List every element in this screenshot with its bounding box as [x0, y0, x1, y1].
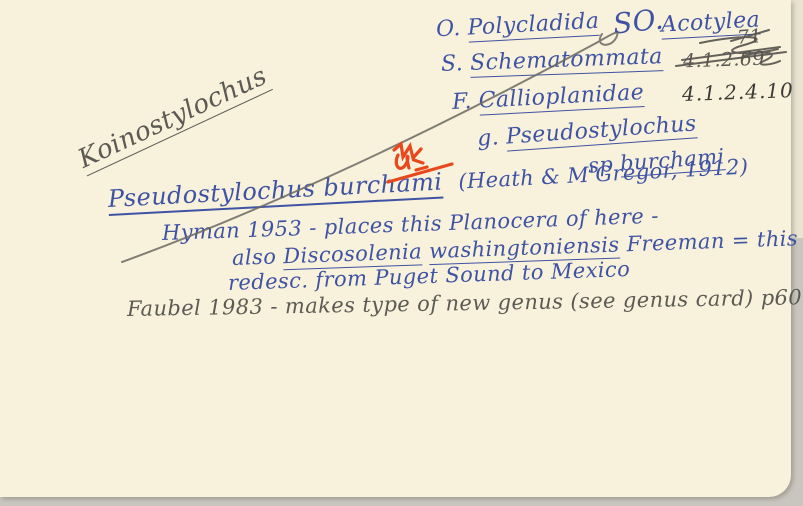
family-line: F.Callioplanidae	[451, 80, 644, 115]
heading-authority: (Heath & M'Gregor, 1912)	[458, 154, 749, 193]
genus-line: g.Pseudostylochus	[476, 111, 697, 151]
family-name: Callioplanidae	[478, 80, 645, 116]
genus-name: Pseudostylochus	[505, 111, 697, 151]
suborder-marker: SO.	[611, 2, 665, 40]
note-line2-post: Freeman = this	[626, 226, 798, 256]
order-line: O.Polycladida	[435, 9, 599, 43]
family-prefix: F.	[451, 89, 472, 115]
order-name: Polycladida	[467, 9, 600, 43]
family-number: 4.1.2.4.10	[682, 78, 795, 106]
crossed-number: 4.1.2.69	[683, 48, 765, 73]
heading-species-name: Pseudostylochus burchami	[107, 167, 443, 215]
order-prefix: O.	[435, 16, 461, 42]
margin-note-text: Koinostylochus	[74, 61, 273, 176]
genus-prefix: g.	[476, 125, 500, 151]
suborder-name: Schematommata	[470, 44, 663, 78]
suborder-prefix: S.	[441, 51, 464, 77]
scanned-card-stage: O.Polycladida SO. Acotylea S.Schematomma…	[0, 0, 803, 506]
note-line2-pre: also	[232, 244, 277, 270]
margin-note-genus: Koinostylochus	[74, 61, 272, 175]
crossed-superscript: 71	[736, 25, 762, 49]
suborder-line: S.Schematommata	[441, 44, 663, 77]
index-card: O.Polycladida SO. Acotylea S.Schematomma…	[0, 0, 791, 497]
